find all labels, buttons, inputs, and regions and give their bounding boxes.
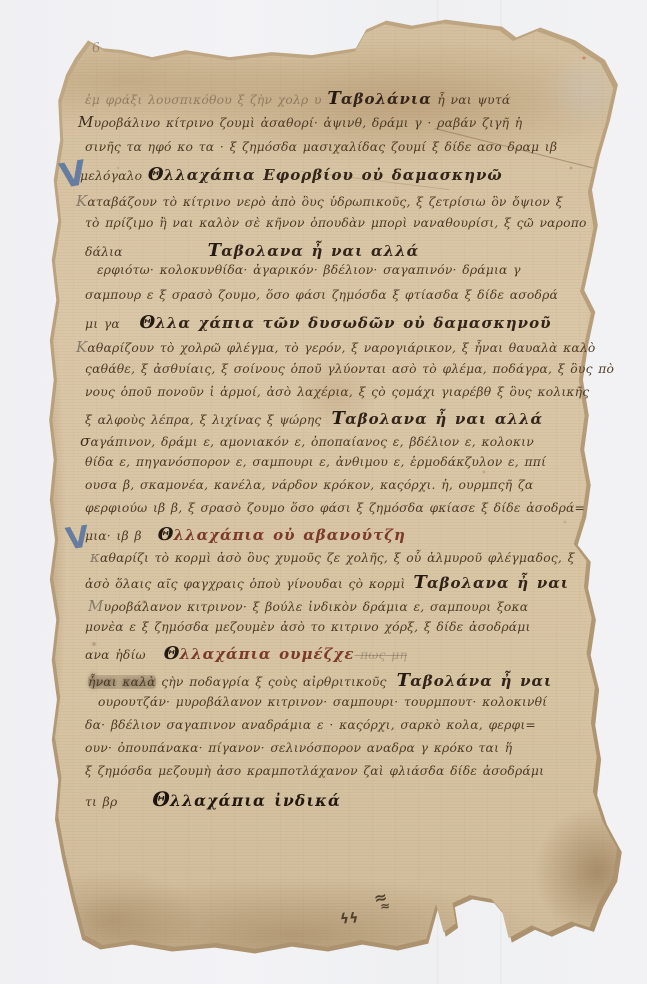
manuscript-line: θίδα ε, πηγανόσπορον ε, σαμπουρι ε, ἀνθι…	[85, 455, 546, 470]
text-segment: Τ	[208, 240, 222, 261]
manuscript-line: ουν· ὀπουπάνακα· πίγανον· σελινόσπορον α…	[85, 741, 512, 756]
text-segment: ἀσὸ ὅλαις αῖς φαγχραις ὁποὺ γίνουδαι ςὸ …	[85, 577, 405, 591]
text-segment: υροβάλανον κιτρινον· ξ βούλε ἰνδικὸν δρά…	[104, 600, 529, 614]
text-segment: μι γα	[85, 317, 125, 331]
text-segment: νους ὁποῦ πονοῦν ἱ ἁρμοί, ἀσὸ λαχέρια, ξ…	[85, 385, 589, 399]
text-segment: Θ	[148, 164, 164, 185]
text-segment: μια· ιβ β	[85, 529, 142, 543]
text-segment: ἦ ναι ψυτά	[432, 93, 511, 107]
text-segment: ςαθάθε, ξ ἀσθυίαις, ξ σοίνους ὁποῦ γλύον…	[85, 362, 614, 376]
text-segment: ξ αλφοὺς λέπρα, ξ λιχίνας ξ ψώρης	[85, 413, 321, 427]
numeral-mark: ϟϟ	[340, 911, 359, 926]
text-segment: κ	[90, 548, 100, 566]
text-segment: αταβάζουν τὸ κίτρινο νερὸ ἀπὸ ὃυς ὑδρωπι…	[87, 195, 562, 209]
manuscript-line: τὸ πρίζιμο ἢ ναι καλὸν σὲ κῆνον ὁπουδὰν …	[85, 216, 587, 231]
manuscript-line: δα· βδέλιον σαγαπινον αναδράμια ε · καςό…	[85, 718, 536, 733]
text-segment: ςὴν ποδαγρία ξ ςοὺς αἰρθριτικοῦς	[156, 675, 387, 689]
text-segment: Θ	[158, 524, 174, 545]
manuscript-line: μονὲα ε ξ ζημόσδα μεζουμὲν ἀσὸ το κιτριν…	[85, 620, 531, 635]
text-segment: Τ	[331, 408, 345, 429]
manuscript-line: σινῆς τα ηφό κο τα · ξ ζημόσδα μασιχαλίδ…	[85, 140, 557, 155]
text-segment: λλαχάπια οὐ αβανούτζη	[174, 526, 406, 544]
manuscript-line: μι γα Θλλα χάπια τῶν δυσωδῶν οὐ δαμασκην…	[85, 312, 552, 334]
manuscript-line: ουσα β, σκαμονέα, κανέλα, νάρδον κρόκον,…	[85, 478, 533, 493]
manuscript-line: ἦναι καλὰ ςὴν ποδαγρία ξ ςοὺς αἰρθριτικο…	[88, 670, 552, 692]
manuscript-line: Μυροβάλανον κιτρινον· ξ βούλε ἰνδικὸν δρ…	[88, 597, 528, 615]
text-segment: θίδα ε, πηγανόσπορον ε, σαμπουρι ε, ἀνθι…	[85, 455, 546, 469]
blue-checkmark: V	[57, 156, 89, 194]
manuscript-line: ςαθάθε, ξ ἀσθυίαις, ξ σοίνους ὁποῦ γλύον…	[85, 362, 614, 377]
text-segment: Κ	[76, 192, 87, 210]
text-segment: ανα ἡδίω	[85, 648, 146, 662]
manuscript-line: μελόγαλο Θλλαχάπια Εφορβίου οὐ δαμασκηνῶ	[80, 164, 503, 186]
manuscript-line: νους ὁποῦ πονοῦν ἱ ἁρμοί, ἀσὸ λαχέρια, ξ…	[85, 385, 589, 400]
folio-number: 6	[91, 41, 101, 55]
text-segment: λλαχάπια Εφορβίου οὐ δαμασκηνῶ	[164, 166, 503, 184]
text-segment: Μ	[88, 597, 104, 615]
manuscript-line: σαγάπινον, δράμι ε, αμονιακόν ε, ὀποπαία…	[80, 432, 534, 450]
text-segment: λλαχάπια ἰνδικά	[170, 791, 341, 810]
text-segment: αθαρίζουν τὸ χολρῶ φλέγμα, τὸ γερόν, ξ ν…	[87, 341, 595, 355]
text-segment: μελόγαλο	[80, 169, 148, 183]
text-segment: Θ	[139, 312, 155, 333]
manuscript-line: ἀσὸ ὅλαις αῖς φαγχραις ὁποὺ γίνουδαι ςὸ …	[85, 572, 569, 594]
manuscript-line: ερφιότω· κολοκυνθίδα· ἀγαρικόν· βδέλιον·…	[97, 263, 521, 278]
text-segment: τὸ πρίζιμο ἢ ναι καλὸν σὲ κῆνον ὁπουδὰν …	[85, 216, 587, 230]
text-segment: ἐμ φράξι λουσπικόθου ξ ζὴν χολρ υ	[85, 93, 327, 107]
text-segment: Μ	[78, 113, 94, 131]
text-segment: Τ	[327, 88, 341, 109]
manuscript-line: ανα ἡδίωΘλλαχάπια ουμέζχε πως μη	[85, 643, 407, 665]
text-segment: Τ	[413, 572, 427, 593]
text-segment: ουσα β, σκαμονέα, κανέλα, νάρδον κρόκον,…	[85, 478, 533, 492]
text-segment: ἦναι καλὰ	[88, 675, 156, 689]
pen-squiggle: ≈	[379, 900, 390, 913]
manuscript-line: ουρουτζάν· μυροβάλανον κιτρινον· σαμπουρ…	[98, 695, 547, 710]
manuscript-line: ἐμ φράξι λουσπικόθου ξ ζὴν χολρ υ Ταβολά…	[85, 88, 510, 110]
text-segment: αβολάνα ἦ ναι	[410, 672, 552, 690]
manuscript-text: ἐμ φράξι λουσπικόθου ξ ζὴν χολρ υ Ταβολά…	[0, 0, 647, 984]
manuscript-line: φερφιούω ιβ β, ξ σρασὸ ζουμο ὅσο φάσι ξ …	[85, 501, 585, 516]
text-segment: αβολανα ἦ ναι	[427, 574, 569, 592]
text-segment: λλαχάπια ουμέζχε	[180, 645, 355, 663]
text-segment: Θ	[152, 787, 170, 811]
manuscript-line: μια· ιβ βΘλλαχάπια οὐ αβανούτζη	[85, 524, 406, 546]
text-segment: δάλια	[85, 245, 123, 259]
manuscript-line: Καθαρίζουν τὸ χολρῶ φλέγμα, τὸ γερόν, ξ …	[76, 338, 595, 356]
text-segment: λλα χάπια τῶν δυσωδῶν οὐ δαμασκηνοῦ	[155, 314, 551, 332]
text-segment: υροβάλινο κίτρινο ζουμὶ ἀσαθορί· ἀψινθ, …	[94, 116, 523, 130]
text-segment: σαμπουρ ε ξ σρασὸ ζουμο, ὅσο φάσι ζημόσδ…	[85, 288, 558, 302]
text-segment: Τ	[397, 670, 411, 691]
text-segment: δα· βδέλιον σαγαπινον αναδράμια ε · καςό…	[85, 718, 536, 732]
text-segment: Κ	[76, 338, 87, 356]
text-segment: αθαρίζι τὸ κορμὶ ἀσὸ ὃυς χυμοῦς ζε χολῆς…	[100, 551, 575, 565]
text-segment: σινῆς τα ηφό κο τα · ξ ζημόσδα μασιχαλίδ…	[85, 140, 557, 154]
text-segment: πως μη	[354, 648, 407, 662]
text-segment: αβολανα ἦ ναι αλλά	[221, 242, 419, 260]
text-segment: φερφιούω ιβ β, ξ σρασὸ ζουμο ὅσο φάσι ξ …	[85, 501, 585, 515]
scan-background: ἐμ φράξι λουσπικόθου ξ ζὴν χολρ υ Ταβολά…	[0, 0, 647, 984]
blue-checkmark: V	[64, 523, 91, 556]
text-segment: αβολανα ἦ ναι αλλά	[345, 410, 543, 428]
text-segment: αβολάνια	[341, 90, 432, 108]
text-segment: ερφιότω· κολοκυνθίδα· ἀγαρικόν· βδέλιον·…	[97, 263, 521, 277]
manuscript-line: τι βρΘλλαχάπια ἰνδικά	[85, 787, 341, 811]
text-segment: μονὲα ε ξ ζημόσδα μεζουμὲν ἀσὸ το κιτριν…	[85, 620, 531, 634]
manuscript-line: σαμπουρ ε ξ σρασὸ ζουμο, ὅσο φάσι ζημόσδ…	[85, 288, 558, 303]
manuscript-line: Μυροβάλινο κίτρινο ζουμὶ ἀσαθορί· ἀψινθ,…	[78, 113, 522, 131]
text-segment: Θ	[164, 643, 180, 664]
manuscript-line: ξ αλφοὺς λέπρα, ξ λιχίνας ξ ψώρηςΤαβολαν…	[85, 408, 543, 430]
text-segment: ουν· ὀπουπάνακα· πίγανον· σελινόσπορον α…	[85, 741, 512, 755]
text-segment: τι βρ	[85, 795, 117, 809]
text-segment: σ	[80, 432, 90, 450]
manuscript-line: καθαρίζι τὸ κορμὶ ἀσὸ ὃυς χυμοῦς ζε χολῆ…	[90, 548, 575, 566]
text-segment: ξ ζημόσδα μεζουμὴ ἀσο κραμποτλάχανον ζαὶ…	[85, 764, 544, 778]
text-segment: αγάπινον, δράμι ε, αμονιακόν ε, ὀποπαίαν…	[90, 435, 533, 449]
manuscript-line: ξ ζημόσδα μεζουμὴ ἀσο κραμποτλάχανον ζαὶ…	[85, 764, 544, 779]
manuscript-line: Καταβάζουν τὸ κίτρινο νερὸ ἀπὸ ὃυς ὑδρωπ…	[76, 192, 563, 210]
text-segment: ουρουτζάν· μυροβάλανον κιτρινον· σαμπουρ…	[98, 695, 547, 709]
manuscript-line: δάλιαΤαβολανα ἦ ναι αλλά	[85, 240, 419, 262]
